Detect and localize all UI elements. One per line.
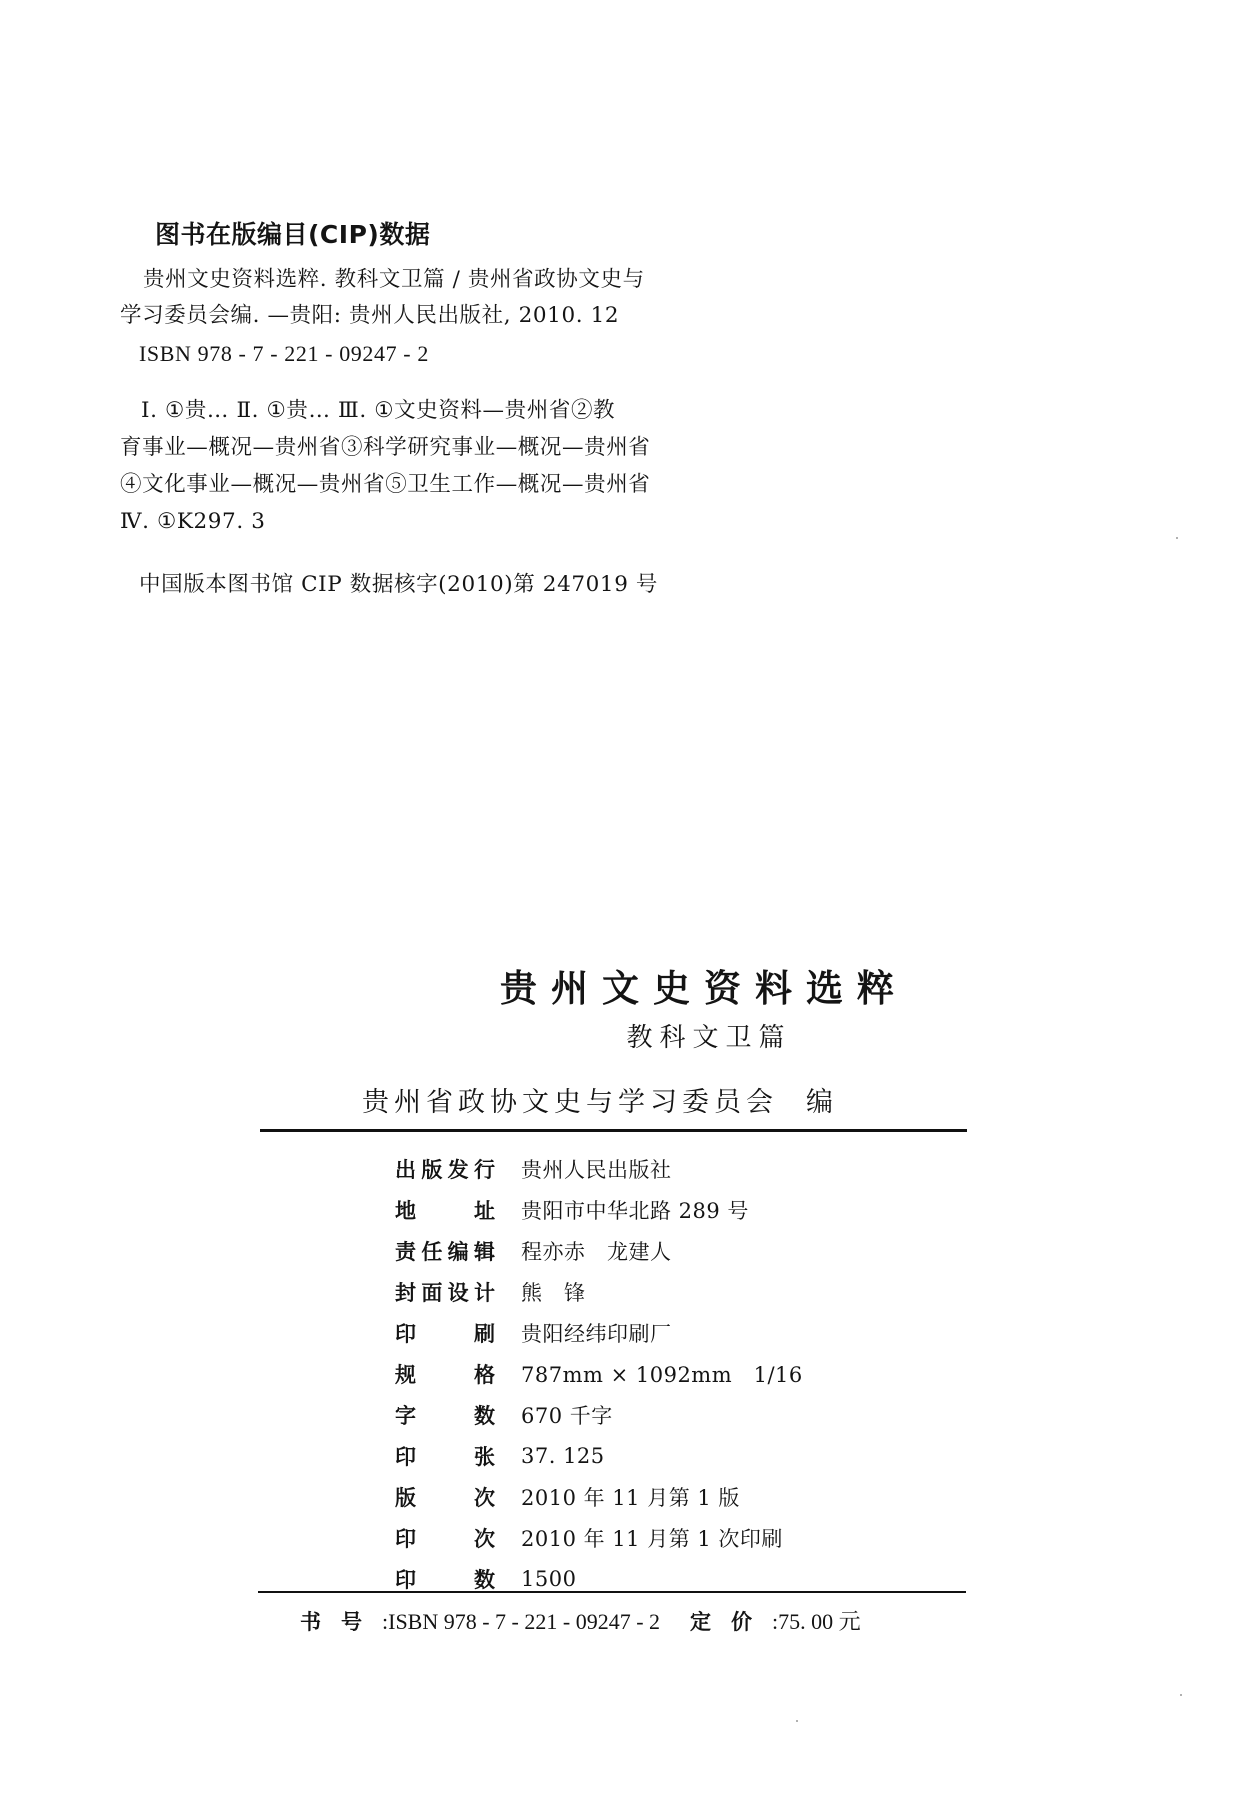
colophon-row: 责任编辑程亦赤 龙建人 xyxy=(395,1230,803,1271)
colophon-label: 责任编辑 xyxy=(395,1236,495,1266)
scan-speck xyxy=(1176,537,1178,539)
colophon-label-char: 印 xyxy=(395,1318,416,1348)
cip-record-number: 中国版本图书馆 CIP 数据核字(2010)第 247019 号 xyxy=(139,571,658,599)
scan-speck xyxy=(1180,1694,1182,1696)
footer-line: 书号:ISBN 978 - 7 - 221 - 09247 - 2 定价:75.… xyxy=(300,1605,861,1636)
colophon-label-char: 规 xyxy=(395,1359,416,1389)
colophon-label-char: 辑 xyxy=(474,1236,495,1266)
colophon-label-char: 出 xyxy=(395,1154,416,1184)
book-editor: 贵州省政协文史与学习委员会编 xyxy=(362,1080,838,1119)
colophon-label: 印张 xyxy=(395,1441,495,1471)
colophon-label-char: 任 xyxy=(421,1236,442,1266)
cip-isbn: ISBN 978 - 7 - 221 - 09247 - 2 xyxy=(139,340,429,368)
colophon-table: 出版发行贵州人民出版社地址贵阳市中华北路 289 号责任编辑程亦赤 龙建人封面设… xyxy=(395,1148,803,1599)
colophon-label-char: 格 xyxy=(474,1359,495,1389)
colophon-label-char: 刷 xyxy=(474,1318,495,1348)
colophon-label-char: 印 xyxy=(395,1564,416,1594)
colophon-value: 670 千字 xyxy=(521,1400,613,1430)
colophon-label-char: 印 xyxy=(395,1441,416,1471)
colophon-label-char: 地 xyxy=(395,1195,416,1225)
book-subtitle: 教科文卫篇 xyxy=(0,1017,1258,1054)
divider-top xyxy=(260,1129,967,1132)
colophon-label: 版次 xyxy=(395,1482,495,1512)
colophon-label-char: 印 xyxy=(395,1523,416,1553)
colophon-label-char: 设 xyxy=(448,1277,469,1307)
colophon-label-char: 字 xyxy=(395,1400,416,1430)
colophon-label-char: 数 xyxy=(474,1564,495,1594)
colophon-row: 封面设计熊 锋 xyxy=(395,1271,803,1312)
editor-name: 贵州省政协文史与学习委员会 xyxy=(362,1087,778,1118)
colophon-row: 地址贵阳市中华北路 289 号 xyxy=(395,1189,803,1230)
cip-publisher-line: 学习委员会编. —贵阳: 贵州人民出版社, 2010. 12 xyxy=(120,302,619,330)
colophon-label-char: 址 xyxy=(474,1195,495,1225)
cip-classification-line: Ⅰ. ①贵… Ⅱ. ①贵… Ⅲ. ①文史资料—贵州省②教 xyxy=(141,397,615,425)
colophon-row: 出版发行贵州人民出版社 xyxy=(395,1148,803,1189)
colophon-row: 字数670 千字 xyxy=(395,1394,803,1435)
colophon-value: 贵州人民出版社 xyxy=(521,1154,672,1184)
colophon-value: 贵阳经纬印刷厂 xyxy=(521,1318,672,1348)
colophon-label-char: 版 xyxy=(395,1482,416,1512)
colophon-label: 地址 xyxy=(395,1195,495,1225)
colophon-value: 贵阳市中华北路 289 号 xyxy=(521,1195,749,1225)
colophon-row: 印刷贵阳经纬印刷厂 xyxy=(395,1312,803,1353)
colophon-label: 封面设计 xyxy=(395,1277,495,1307)
colophon-value: 熊 锋 xyxy=(521,1277,586,1307)
cip-classification-line: 育事业—概况—贵州省③科学研究事业—概况—贵州省 xyxy=(120,434,650,462)
scan-speck xyxy=(796,1720,798,1722)
divider-bottom xyxy=(258,1591,966,1593)
editor-role: 编 xyxy=(806,1087,838,1118)
cip-classification-line: ④文化事业—概况—贵州省⑤卫生工作—概况—贵州省 xyxy=(120,471,650,499)
colophon-value: 程亦赤 龙建人 xyxy=(521,1236,672,1266)
colophon-label-char: 版 xyxy=(421,1154,442,1184)
colophon-label-char: 次 xyxy=(474,1482,495,1512)
scan-speck xyxy=(520,487,522,489)
colophon-label-char: 计 xyxy=(474,1277,495,1307)
colophon-label: 字数 xyxy=(395,1400,495,1430)
colophon-label-char: 责 xyxy=(395,1236,416,1266)
book-number-value: :ISBN 978 - 7 - 221 - 09247 - 2 xyxy=(382,1609,660,1635)
colophon-label-char: 发 xyxy=(448,1154,469,1184)
price-value: :75. 00 元 xyxy=(772,1605,861,1636)
colophon-row: 版次2010 年 11 月第 1 版 xyxy=(395,1476,803,1517)
colophon-label-char: 面 xyxy=(421,1277,442,1307)
colophon-label: 印数 xyxy=(395,1564,495,1594)
colophon-row: 印次2010 年 11 月第 1 次印刷 xyxy=(395,1517,803,1558)
colophon-row: 规格787mm × 1092mm 1/16 xyxy=(395,1353,803,1394)
colophon-label: 规格 xyxy=(395,1359,495,1389)
colophon-row: 印张37. 125 xyxy=(395,1435,803,1476)
colophon-label-char: 次 xyxy=(474,1523,495,1553)
price-label: 定价 xyxy=(690,1606,772,1636)
colophon-label-char: 封 xyxy=(395,1277,416,1307)
colophon-label-char: 张 xyxy=(474,1441,495,1471)
colophon-value: 2010 年 11 月第 1 次印刷 xyxy=(521,1523,783,1553)
colophon-value: 2010 年 11 月第 1 版 xyxy=(521,1482,740,1512)
colophon-value: 787mm × 1092mm 1/16 xyxy=(521,1359,803,1389)
colophon-label-char: 数 xyxy=(474,1400,495,1430)
colophon-label: 印次 xyxy=(395,1523,495,1553)
cip-classification-line: Ⅳ. ①K297. 3 xyxy=(120,508,265,536)
colophon-label-char: 行 xyxy=(474,1154,495,1184)
colophon-value: 37. 125 xyxy=(521,1444,605,1468)
cip-heading: 图书在版编目(CIP)数据 xyxy=(155,215,430,251)
book-number-label: 书号 xyxy=(300,1606,382,1636)
colophon-label: 印刷 xyxy=(395,1318,495,1348)
colophon-value: 1500 xyxy=(521,1567,576,1591)
colophon-label: 出版发行 xyxy=(395,1154,495,1184)
colophon-label-char: 编 xyxy=(448,1236,469,1266)
book-title: 贵州文史资料选粹 xyxy=(0,958,1258,1012)
cip-title-line: 贵州文史资料选粹. 教科文卫篇 / 贵州省政协文史与 xyxy=(143,266,645,294)
